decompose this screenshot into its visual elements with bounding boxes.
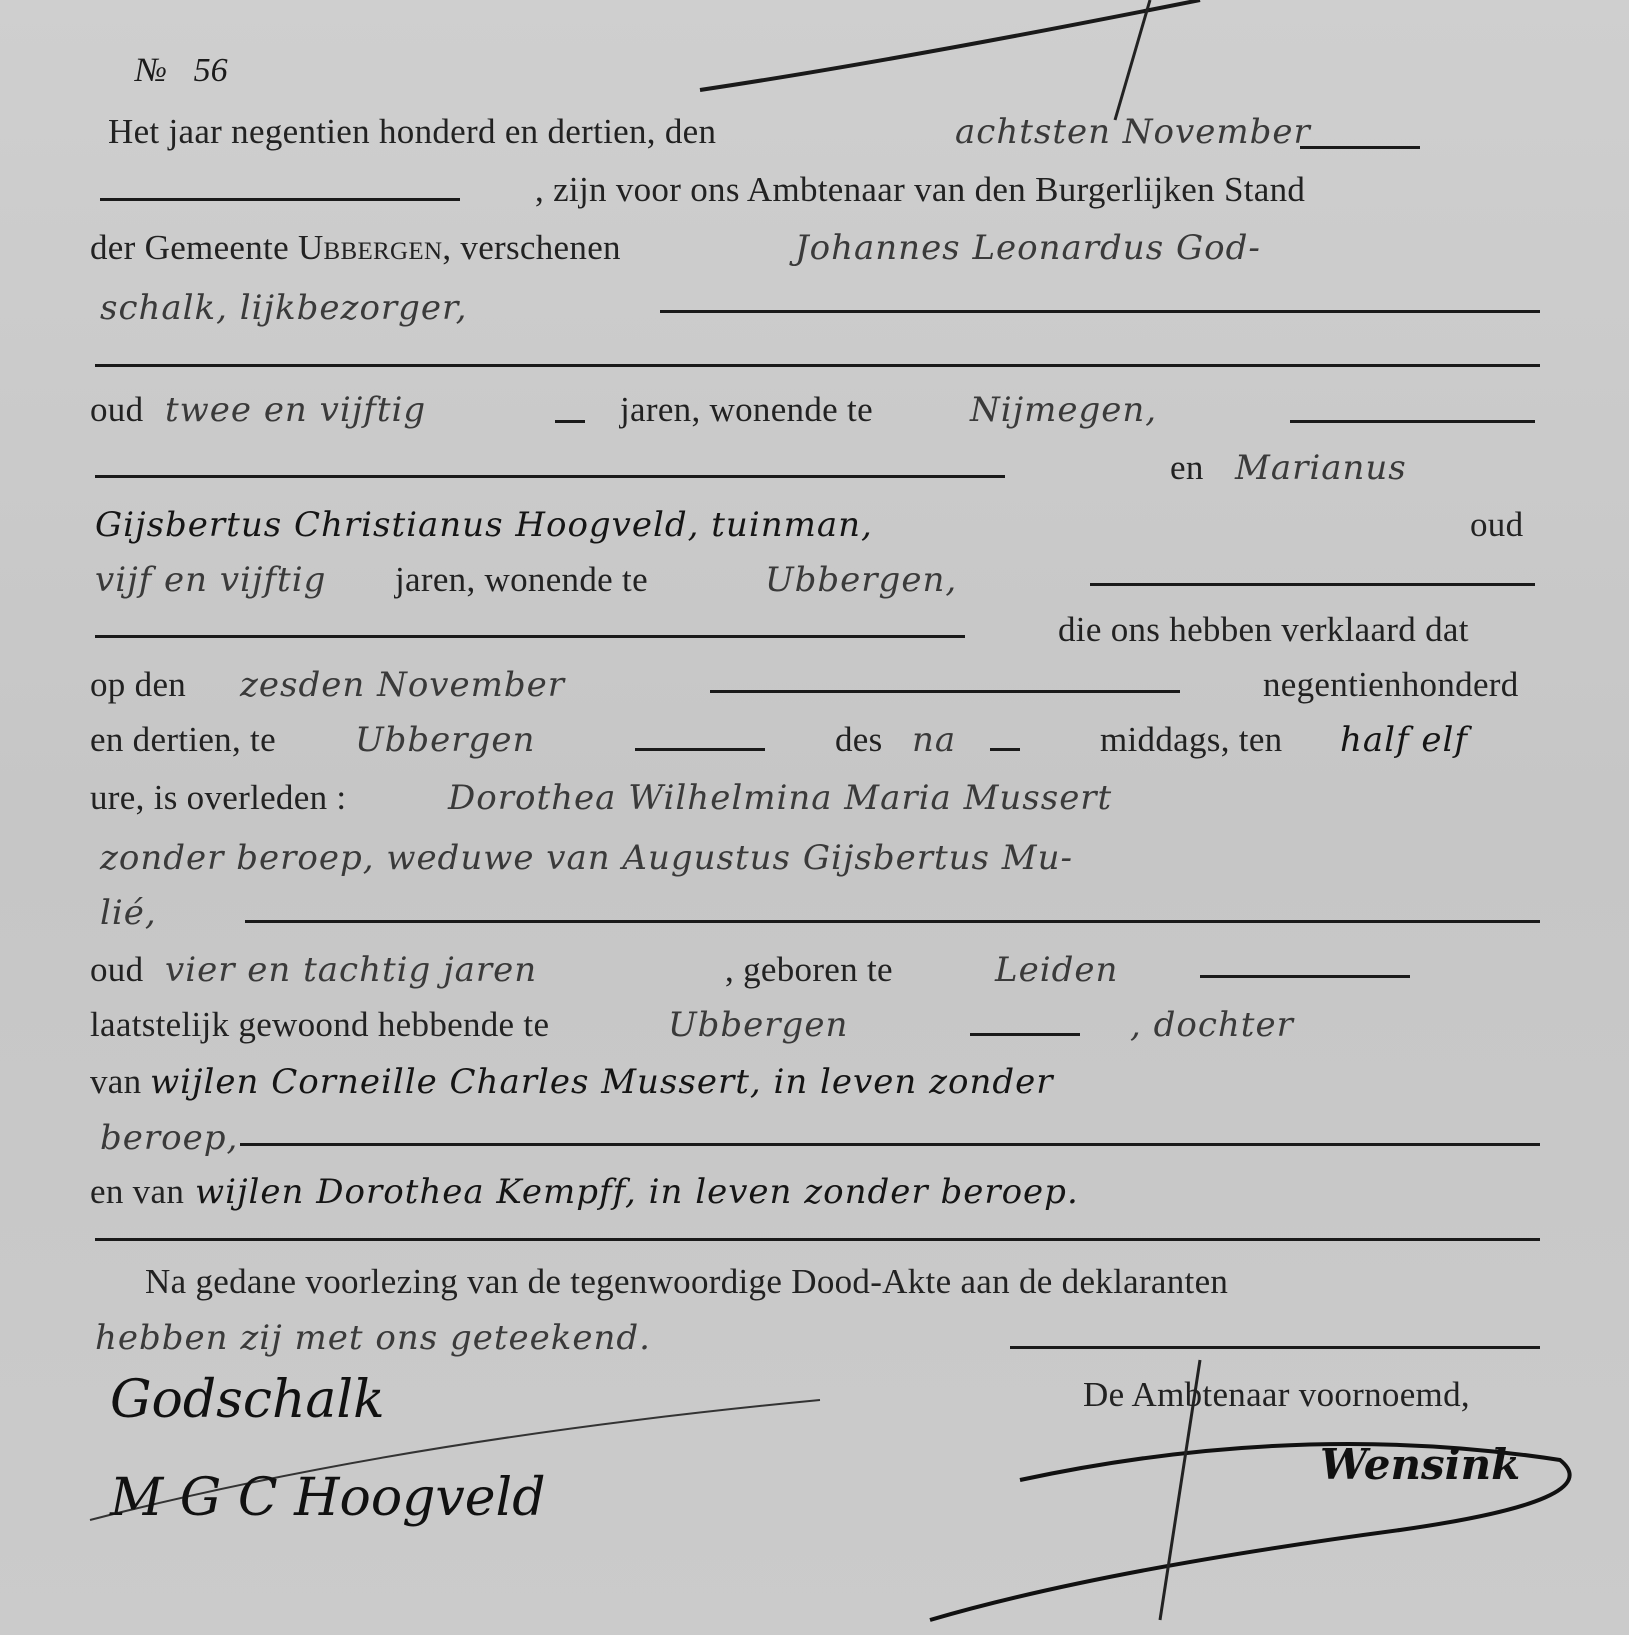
printed-municipality-prefix: der Gemeente Ubbergen, verschenen: [90, 228, 621, 268]
handwritten-dochter: , dochter: [1130, 1005, 1294, 1045]
printed-verklaard: die ons hebben verklaard dat: [1058, 610, 1469, 650]
fill-rule: [555, 420, 585, 423]
handwritten-death-hour: half elf: [1340, 720, 1468, 760]
municipality-name: Ubbergen: [298, 228, 442, 267]
record-number-value: 56: [194, 52, 228, 89]
printed-is-overleden: ure, is overleden :: [90, 778, 346, 818]
printed-voorlezing: Na gedane voorlezing van de tegenwoordig…: [145, 1262, 1228, 1302]
fill-rule: [1010, 1346, 1540, 1349]
printed-oud: oud: [1470, 505, 1523, 545]
handwritten-voor-na: na: [912, 720, 956, 760]
fill-rule: [635, 748, 765, 751]
record-number: № 56: [135, 52, 228, 90]
printed-op-den: op den: [90, 665, 186, 705]
handwritten-declarant-1-name: Johannes Leonardus God-: [795, 228, 1261, 268]
printed-en: en: [1170, 448, 1204, 488]
fill-rule: [1300, 146, 1420, 149]
handwritten-declarant-2-age: vijf en vijftig: [95, 560, 326, 600]
printed-negentienhonderd: negentienhonderd: [1263, 665, 1519, 705]
handwritten-declarant-2-firstname: Marianus: [1235, 448, 1407, 488]
printed-des: des: [835, 720, 883, 760]
record-number-label: №: [135, 52, 167, 89]
signature-declarant-1: Godschalk: [110, 1370, 385, 1430]
fill-rule: [95, 475, 1005, 478]
fill-rule: [1290, 420, 1535, 423]
death-certificate-page: № 56 Het jaar negentien honderd en derti…: [0, 0, 1629, 1635]
fill-rule: [95, 364, 1540, 367]
fill-rule: [660, 310, 1540, 313]
printed-verschenen: , verschenen: [442, 228, 621, 267]
fill-rule: [95, 635, 965, 638]
printed-middags-ten: middags, ten: [1100, 720, 1282, 760]
printed-gemeente: der Gemeente: [90, 228, 298, 267]
signature-declarant-2: M G C Hoogveld: [110, 1468, 545, 1528]
printed-van: van: [90, 1062, 141, 1102]
handwritten-death-date: zesden November: [240, 665, 565, 705]
fill-rule: [970, 1033, 1080, 1036]
handwritten-declarant-1-occupation: schalk, lijkbezorger,: [100, 288, 467, 328]
printed-jaren-wonende: jaren, wonende te: [620, 390, 873, 430]
printed-en-dertien-te: en dertien, te: [90, 720, 276, 760]
fill-rule: [1090, 583, 1535, 586]
fill-rule: [1200, 975, 1410, 978]
printed-year-text: Het jaar negentien honderd en dertien, d…: [108, 112, 716, 152]
handwritten-father-occupation: beroep,: [100, 1118, 238, 1158]
handwritten-birthplace: Leiden: [995, 950, 1118, 990]
handwritten-death-place: Ubbergen: [355, 720, 535, 760]
handwritten-spouse-name-cont: lié,: [100, 893, 157, 933]
fill-rule: [990, 748, 1020, 751]
fill-rule: [245, 920, 1540, 923]
handwritten-declarant-2-residence: Ubbergen,: [765, 560, 957, 600]
printed-geboren-te: , geboren te: [725, 950, 893, 990]
fill-rule: [240, 1143, 1540, 1146]
handwritten-date: achtsten November: [955, 112, 1311, 152]
handwritten-last-residence: Ubbergen: [668, 1005, 848, 1045]
fill-rule: [95, 1238, 1540, 1241]
handwritten-declarant-1-age: twee en vijftig: [165, 390, 426, 430]
printed-laatstelijk: laatstelijk gewoond hebbende te: [90, 1005, 549, 1045]
fill-rule: [710, 690, 1180, 693]
closing-officer-text: De Ambtenaar voornoemd,: [1083, 1375, 1470, 1415]
printed-oud: oud: [90, 950, 143, 990]
handwritten-signed-statement: hebben zij met ons geteekend.: [95, 1318, 651, 1358]
printed-jaren-wonende: jaren, wonende te: [395, 560, 648, 600]
handwritten-deceased-status: zonder beroep, weduwe van Augustus Gijsb…: [100, 838, 1073, 878]
handwritten-mother: wijlen Dorothea Kempff, in leven zonder …: [195, 1172, 1079, 1212]
fill-rule: [100, 198, 460, 201]
handwritten-deceased-age: vier en tachtig jaren: [165, 950, 537, 990]
printed-en-van: en van: [90, 1172, 184, 1212]
signature-official: Wensink: [1320, 1440, 1520, 1489]
handwritten-father: wijlen Corneille Charles Mussert, in lev…: [150, 1062, 1054, 1102]
handwritten-deceased-name: Dorothea Wilhelmina Maria Mussert: [448, 778, 1112, 818]
printed-officer-text: , zijn voor ons Ambtenaar van den Burger…: [535, 170, 1305, 210]
handwritten-declarant-1-residence: Nijmegen,: [970, 390, 1157, 430]
printed-oud: oud: [90, 390, 143, 430]
handwritten-declarant-2-name: Gijsbertus Christianus Hoogveld, tuinman…: [95, 505, 873, 545]
